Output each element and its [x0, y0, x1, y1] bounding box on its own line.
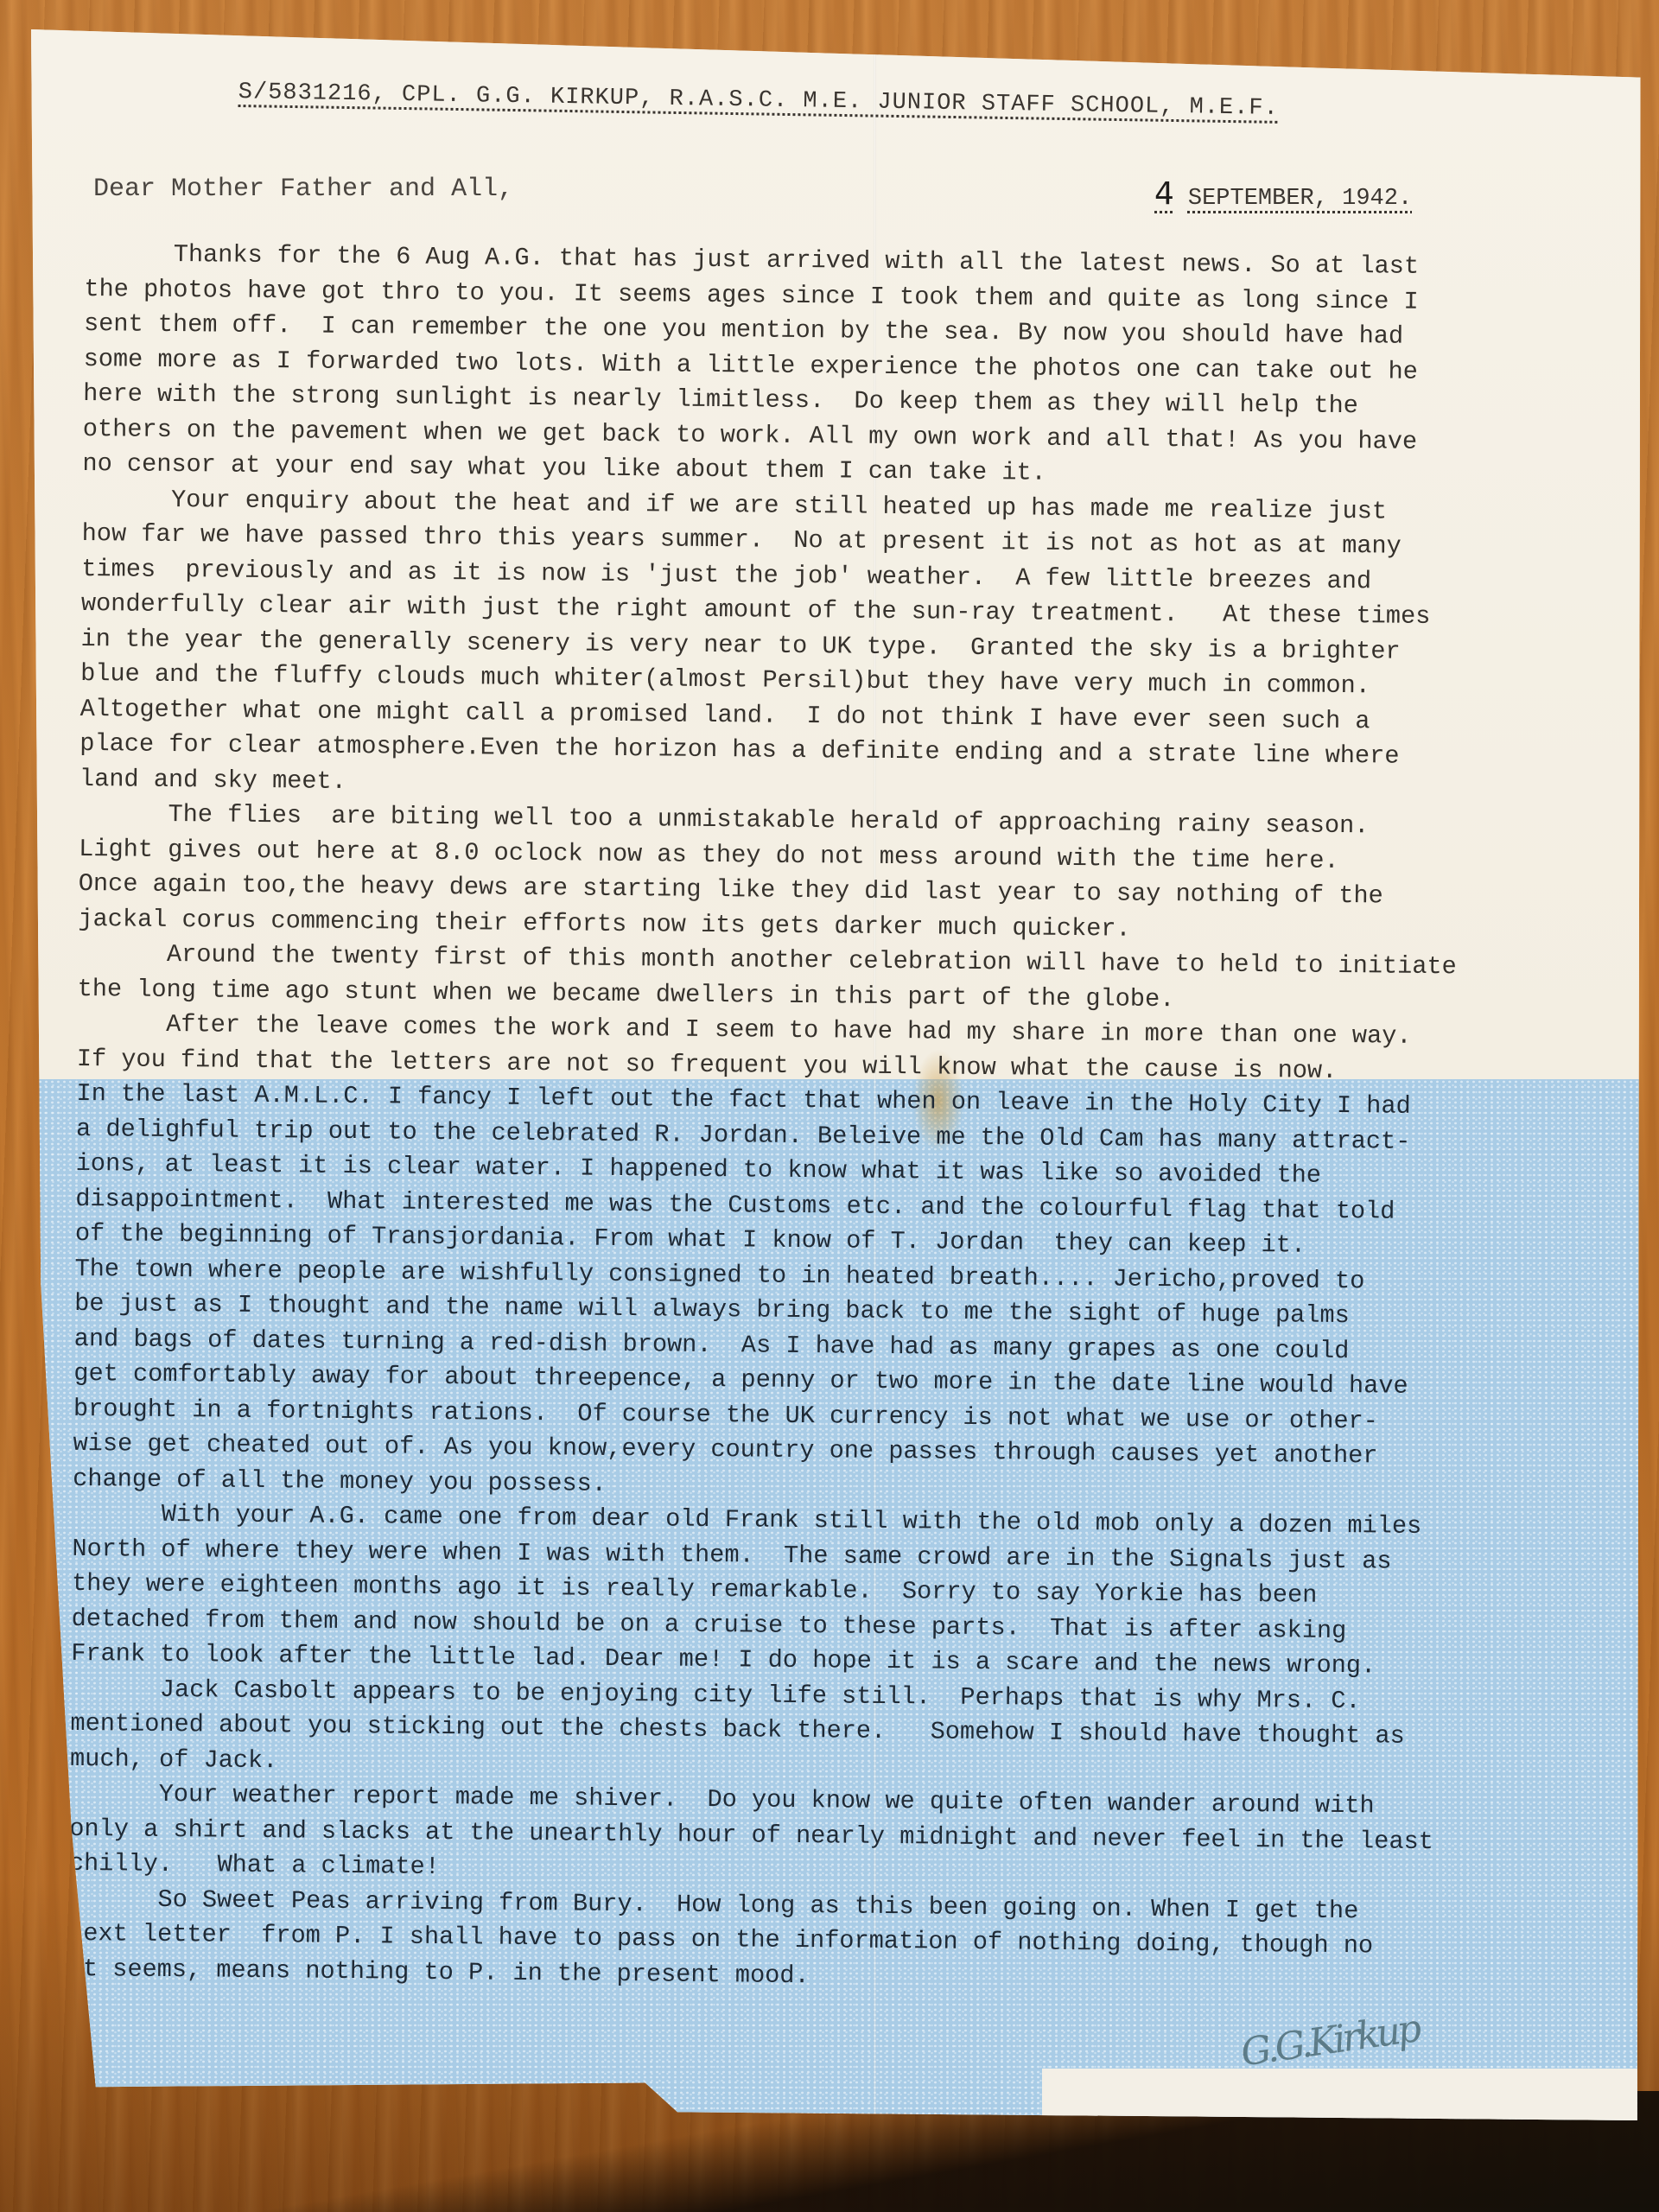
letter-body: Thanks for the 6 Aug A.G. that has just …: [68, 237, 1647, 2001]
signature: G.G.Kirkup: [1238, 2003, 1451, 2083]
letter-date: 4SEPTEMBER, 1942.: [1154, 176, 1412, 212]
date-day: 4: [1154, 176, 1174, 212]
letter-content: S/5831216, CPL. G.G. KIRKUP, R.A.S.C. M.…: [31, 29, 1647, 2120]
salutation: Dear Mother Father and All,: [93, 175, 513, 204]
letter-paper: S/5831216, CPL. G.G. KIRKUP, R.A.S.C. M.…: [31, 29, 1647, 2120]
date-month-year: SEPTEMBER, 1942.: [1188, 186, 1412, 212]
letter-header: S/5831216, CPL. G.G. KIRKUP, R.A.S.C. M.…: [238, 79, 1280, 122]
